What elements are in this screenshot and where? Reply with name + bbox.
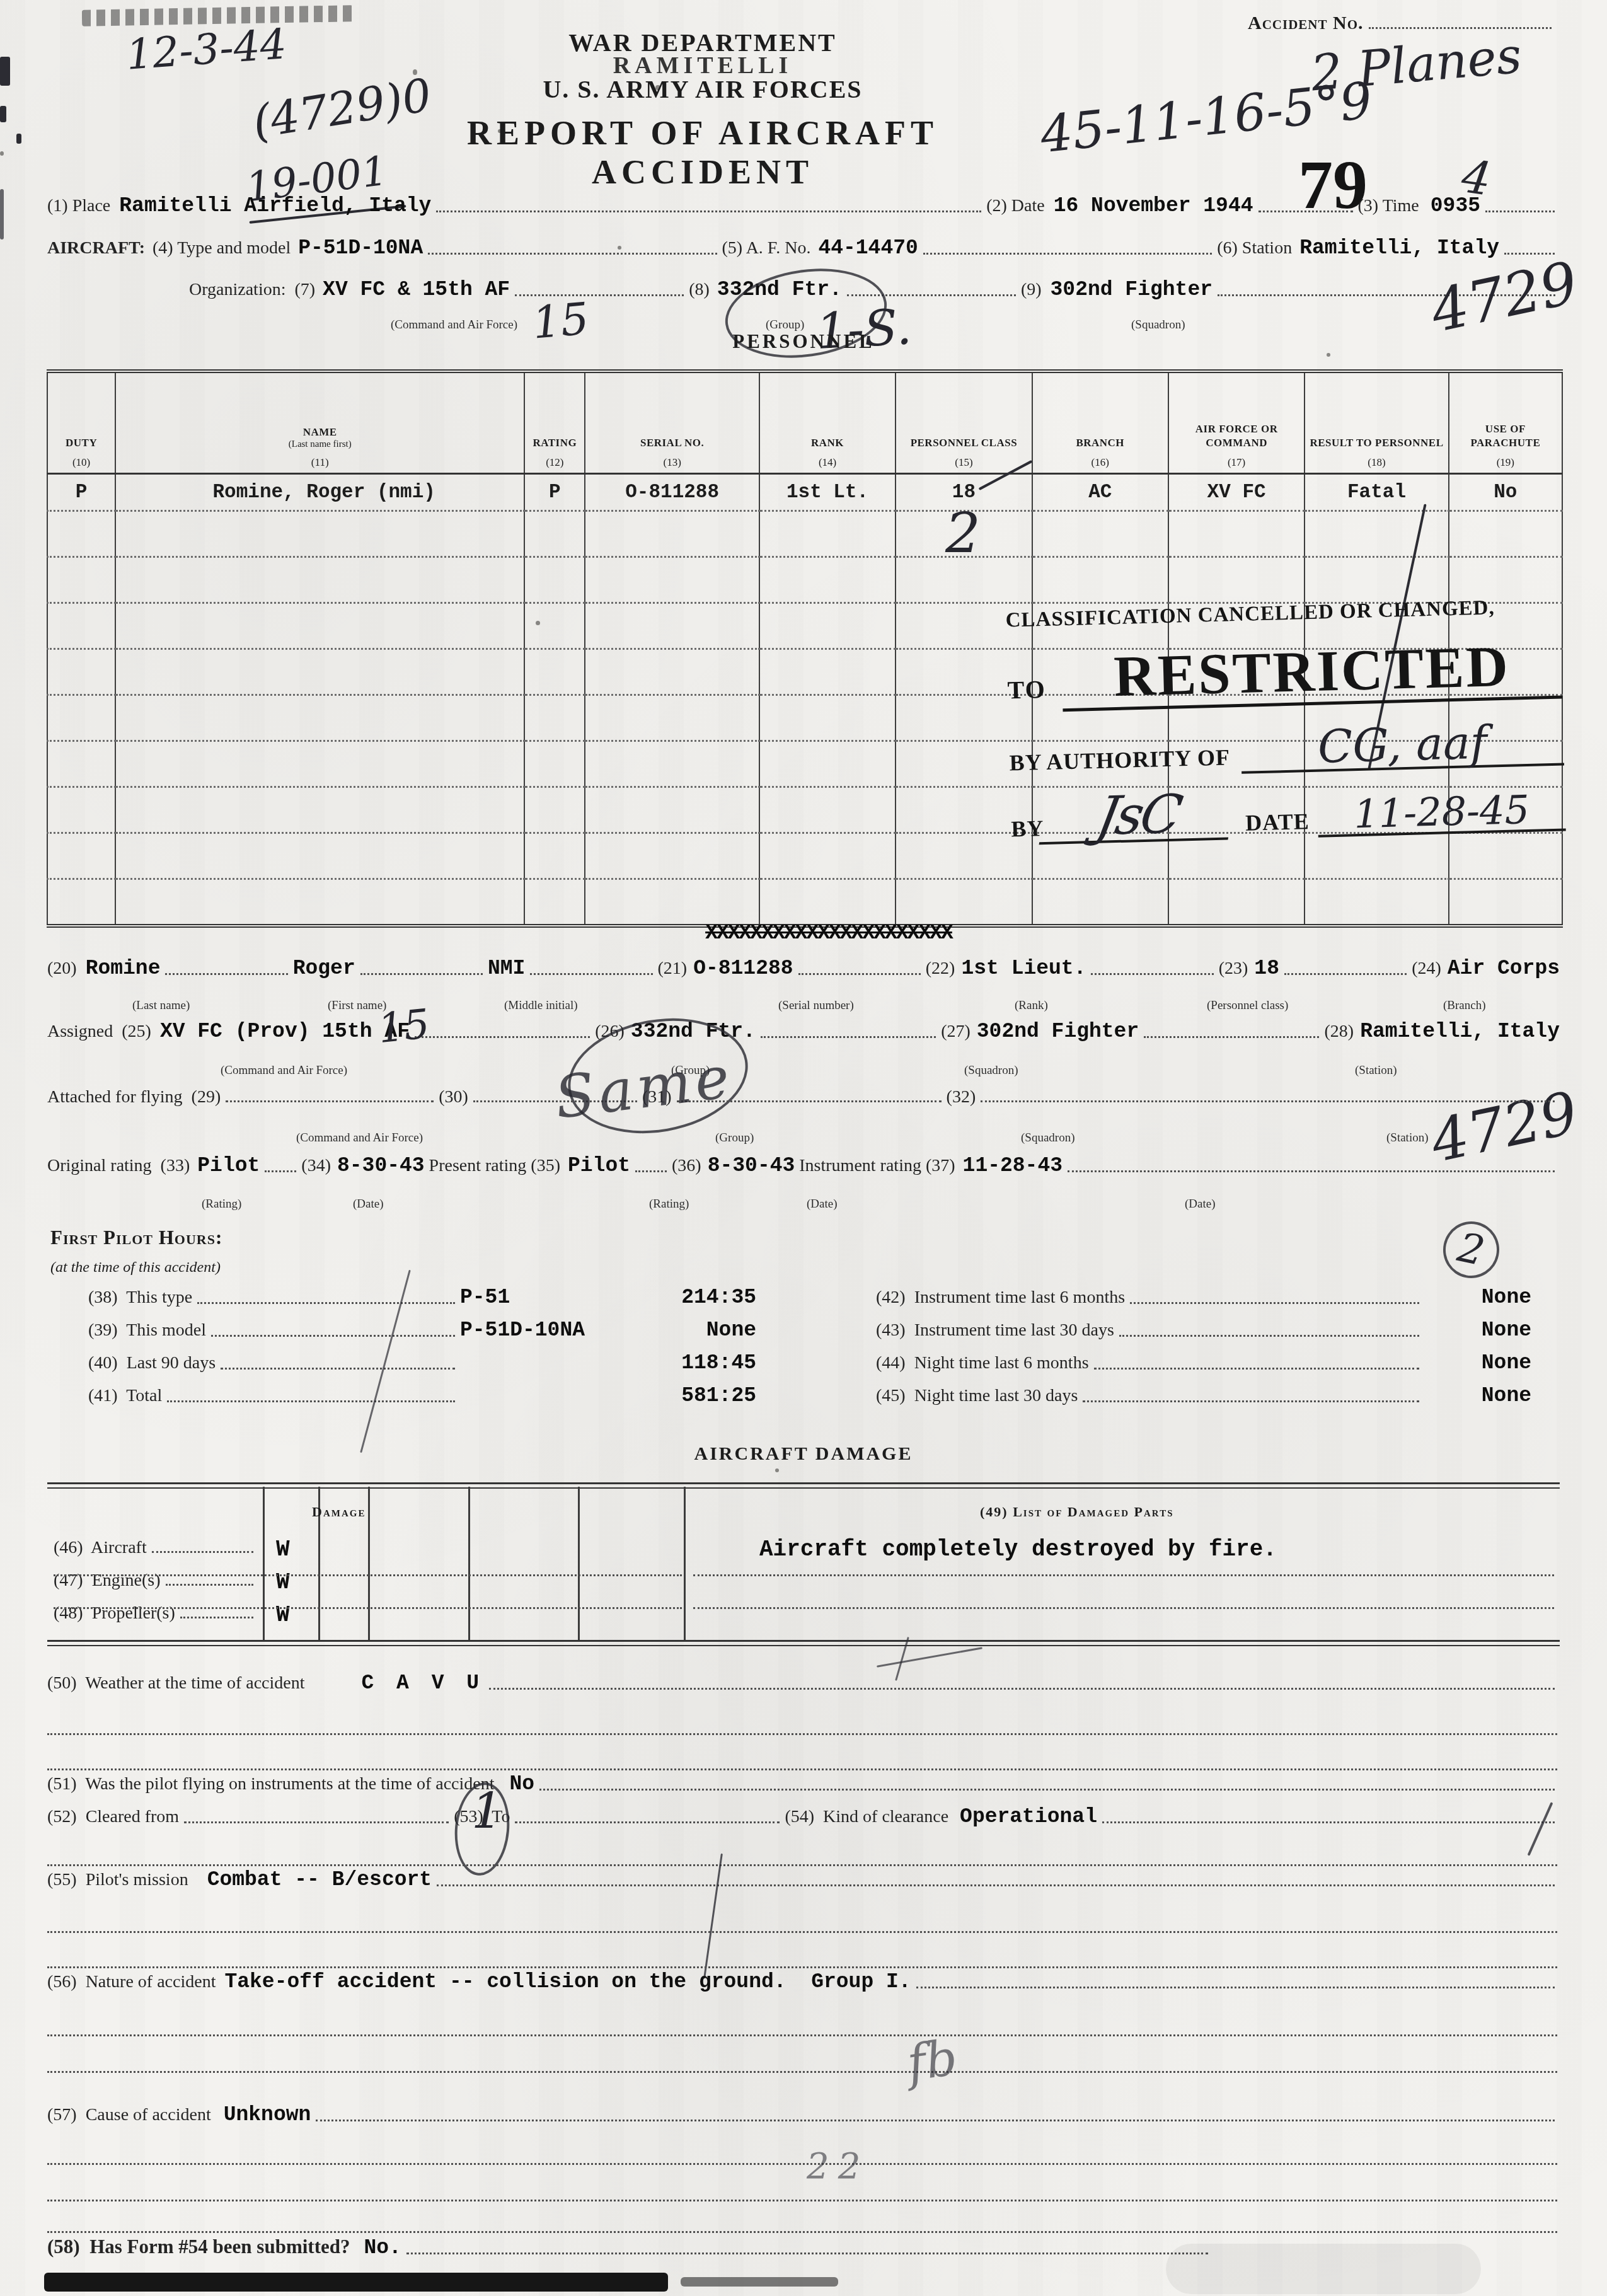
branch-value: Air Corps [1448,957,1560,980]
instrument-date-sublabel: (Date) [1185,1197,1216,1211]
blank-line [1369,26,1552,29]
middle-initial-sublabel: (Middle initial) [504,999,578,1013]
clearance-kind-label: (54) Kind of clearance [785,1807,948,1827]
row-rule [693,1607,1554,1609]
blank-line [265,1169,296,1172]
hours-row: (45) Night time last 30 days None [876,1384,1531,1407]
scan-edge-bar [681,2277,838,2287]
scan-smear [1166,2244,1481,2294]
hours-value: 118:45 [649,1351,756,1375]
blank-line [1259,209,1353,212]
clearance-line: (52) Cleared from (53) To (54) Kind of c… [47,1805,1560,1828]
blank-line [167,1399,455,1402]
hours-section-subtitle: (at the time of this accident) [50,1259,221,1276]
blank-rule [47,2231,1557,2233]
blank-line [1083,1399,1419,1402]
date-label: (2) Date [986,196,1045,216]
scan-edge-mark [0,106,6,122]
classification-stamp: CLASSIFICATION CANCELLED OR CHANGED, TO … [1005,595,1566,846]
blank-line [916,1985,1555,1988]
original-rating-value: Pilot [197,1154,260,1177]
scan-edge-bar [44,2273,668,2292]
damage-row-aircraft: (46) Aircraft [54,1538,258,1558]
time-label: (3) Time [1358,196,1419,216]
instrument-rating-date: 11-28-43 [963,1154,1063,1177]
nature-line: (56) Nature of accident Take-off acciden… [47,1970,1560,1993]
damage-row-propellers: (48) Propeller(s) [54,1603,258,1624]
handwriting-scribble: fb [904,2029,961,2092]
weather-value: C A V U [362,1671,485,1695]
hours-row: (41) Total 581:25 [88,1384,756,1407]
place-value: Ramitelli Airfield, Italy [119,194,431,217]
blank-line [152,1550,253,1553]
blank-line [428,251,717,255]
personnel-empty-row [47,879,1562,926]
damaged-parts-col-header: (49) List of Damaged Parts [980,1504,1173,1520]
blank-line [1091,972,1213,975]
personnel-col-header: Personnel Class(15) [896,371,1032,474]
assigned-station-sublabel: (Station) [1355,1064,1397,1078]
hours-value: 214:35 [649,1286,756,1309]
hours-type: P-51 [460,1286,649,1309]
blank-line [221,1366,455,1370]
present-date-sublabel: (Date) [807,1197,838,1211]
ink-stroke [877,1647,982,1667]
blank-line [539,1787,1555,1791]
row-rule [693,1574,1554,1576]
table-border [263,1487,265,1640]
blank-rule [47,2163,1557,2165]
blank-line [436,209,981,212]
damage-mark: W [276,1569,290,1595]
blank-line [226,1099,434,1102]
hours-row: (40) Last 90 days 118:45 [88,1351,756,1375]
form-header: WAR DEPARTMENT RAMITELLI U. S. ARMY AIR … [419,0,986,164]
original-date-sublabel: (Date) [353,1197,384,1211]
handwriting-22: 22 [807,2146,869,2187]
personnel-col-header: Air Force or Command(17) [1168,371,1305,474]
serial-value: O-811288 [693,957,793,980]
table-border [578,1487,580,1640]
type-label: (4) Type and model [153,238,291,258]
first-name-value: Roger [293,957,355,980]
cleared-from-label: (52) Cleared from [47,1807,179,1827]
personnel-col-header: Use of Parachute(19) [1449,371,1562,474]
mission-value: Combat -- B/escort [207,1868,432,1891]
nature-label: (56) Nature of accident [47,1972,216,1992]
blank-line [1102,1820,1555,1823]
blank-line [184,1820,449,1823]
blank-rule [47,2034,1557,2036]
place-label: (1) Place [47,196,110,216]
personnel-cell: O-811288 [585,474,759,511]
aircraft-line: AIRCRAFT: (4) Type and model P-51D-10NA … [47,236,1560,260]
scan-edge-mark [0,189,4,239]
blank-line [515,293,684,296]
handwriting-signature: JsC [1039,789,1238,845]
attached-line: Attached for flying (29) (30) (31) (32) [47,1087,1560,1107]
field-30-label: (30) [439,1087,468,1107]
scan-edge-mark [16,134,21,144]
blank-line [489,1687,1555,1690]
type-value: P-51D-10NA [298,236,423,260]
present-rating-value: Pilot [568,1154,630,1177]
mission-line: (55) Pilot's mission Combat -- B/escort [47,1868,1560,1891]
personnel-col-header: Rank(14) [759,371,896,474]
blank-line [1068,1169,1555,1172]
org-group-label: (8) [689,280,710,300]
hours-row: (38) This type P-51 214:35 [88,1286,756,1309]
usaaf-heading: U. S. ARMY AIR FORCES [419,74,986,104]
blank-line [406,2251,1208,2254]
personnel-section-title: PERSONNEL [0,330,1607,353]
attached-station-sublabel: (Station) [1386,1131,1429,1145]
blank-rule [47,2200,1557,2201]
afno-label: (5) A. F. No. [722,238,811,258]
personnel-col-header: Name(Last name first)(11) [115,371,524,474]
hours-value: 581:25 [649,1384,756,1407]
personnel-empty-row [47,511,1562,557]
hours-section-title: First Pilot Hours: [50,1226,222,1249]
assigned-command-value: XV FC (Prov) 15th AF [160,1020,410,1043]
hours-label: (41) Total [88,1386,162,1406]
blank-line [798,972,921,975]
stamp-by-label: BY [1011,815,1044,842]
hours-row: (39) This model P-51D-10NA None [88,1318,756,1342]
assigned-line: Assigned (25) XV FC (Prov) 15th AF (26) … [47,1020,1560,1043]
scan-speckle [0,151,4,156]
personnel-header-row: Duty(10) Name(Last name first)(11) Ratin… [47,371,1562,474]
hours-label: (44) Night time last 6 months [876,1353,1089,1373]
damage-row-label: (48) Propeller(s) [54,1603,175,1624]
personnel-col-header: Rating(12) [524,371,585,474]
hours-row: (44) Night time last 6 months None [876,1351,1531,1375]
personnel-data-row: P Romine, Roger (nmi) P O-811288 1st Lt.… [47,474,1562,511]
original-rating-sublabel: (Rating) [202,1197,241,1211]
blank-rule [47,1733,1557,1735]
serial-sublabel: (Serial number) [778,999,854,1013]
attached-squadron-sublabel: (Squadron) [1021,1131,1074,1145]
damage-mark: W [276,1602,290,1628]
blank-line [1144,1035,1319,1038]
blank-line [635,1169,667,1172]
table-border [368,1487,370,1640]
damage-row-label: (47) Engine(s) [54,1571,161,1591]
blank-line [316,2118,1555,2121]
blank-rule [47,1931,1557,1933]
blank-line [1485,209,1555,212]
rank-value: 1st Lieut. [961,957,1086,980]
personnel-cell: XV FC [1168,474,1305,511]
damaged-parts-value: Aircraft completely destroyed by fire. [759,1537,1277,1562]
stamp-to-label: TO [1007,674,1046,705]
personnel-col-header: Branch(16) [1032,371,1168,474]
personnel-cell: P [47,474,115,511]
blank-rule [47,1864,1557,1866]
date-value: 16 November 1944 [1054,194,1253,217]
ratings-line: Original rating (33) Pilot (34) 8-30-43 … [47,1154,1560,1177]
field-24-label: (24) [1412,959,1441,979]
damage-row-engines: (47) Engine(s) [54,1571,258,1591]
hours-value: None [1424,1351,1531,1375]
blank-line [923,251,1212,255]
field-36-label: (36) [672,1156,701,1176]
hours-value: None [1424,1286,1531,1309]
blank-line [197,1301,455,1304]
mission-label: (55) Pilot's mission [47,1870,188,1890]
personnel-col-header: Serial No.(13) [585,371,759,474]
blank-line [360,972,483,975]
cause-value: Unknown [224,2103,311,2126]
personnel-cell: No [1449,474,1562,511]
table-border [468,1487,470,1640]
middle-initial-value: NMI [488,957,525,980]
hours-label: (42) Instrument time last 6 months [876,1288,1125,1308]
instruments-question-value: No [510,1772,535,1796]
personnel-col-header: Result to Personnel(18) [1305,371,1448,474]
hours-type: P-51D-10NA [460,1318,649,1342]
instruments-question-label: (51) Was the pilot flying on instruments… [47,1774,495,1794]
org-squadron-label: (9) [1021,280,1042,300]
original-rating-date: 8-30-43 [337,1154,425,1177]
present-rating-label: Present rating (35) [425,1156,560,1176]
blank-line [1130,1301,1419,1304]
hours-value: None [649,1318,756,1342]
last-name-value: Romine [86,957,161,980]
blank-line [180,1615,253,1618]
stamp-restricted: RESTRICTED [1061,635,1562,712]
time-value: 0935 [1431,194,1480,217]
personnel-cell: 1st Lt. [759,474,896,511]
handwriting-ref1: (4729)0 [249,68,435,149]
assigned-label: Assigned (25) [47,1022,151,1042]
field-23-label: (23) [1219,959,1248,979]
handwriting-stamp-date: 11-28-45 [1318,789,1566,837]
redacted-heading: XXXXXXXXXXXXXXXXXXXXXX [621,921,1037,945]
accident-no-label: Accident No. [1248,13,1364,34]
hours-label: (38) This type [88,1288,192,1308]
field-34-label: (34) [301,1156,331,1176]
blank-line [1284,972,1407,975]
field-21-label: (21) [658,959,688,979]
blank-line [761,1035,936,1038]
assigned-squadron-value: 302nd Fighter [977,1020,1139,1043]
field-22-label: (22) [926,959,955,979]
stamp-date-label: DATE [1245,808,1310,836]
org-squadron-value: 302nd Fighter [1051,278,1212,301]
personnel-cell: P [524,474,585,511]
personnel-cell: Romine, Roger (nmi) [115,474,524,511]
handwriting-received-date: 12-3-44 [125,20,288,79]
place-date-time-line: (1) Place Ramitelli Airfield, Italy (2) … [47,194,1560,217]
table-border [684,1487,686,1640]
damage-mark: W [276,1537,290,1562]
field-20-label: (20) [47,959,77,979]
personnel-empty-row [47,557,1562,603]
form54-line: (58) Has Form #54 been submitted? No. [47,2235,1213,2259]
nature-value: Take-off accident -- collision on the gr… [224,1970,911,1993]
pilot-name-line: (20) Romine Roger NMI (21) O-811288 (22)… [47,957,1560,980]
blank-rule [47,1966,1557,1968]
blank-line [415,1035,590,1038]
hours-label: (45) Night time last 30 days [876,1386,1078,1406]
blank-line [1119,1334,1419,1337]
assigned-station-value: Ramitelli, Italy [1360,1020,1560,1043]
field-32-label: (32) [947,1087,976,1107]
handwriting-authority: CG, aaf [1241,717,1564,773]
handwriting-class-2: 2 [945,501,981,566]
original-rating-label: Original rating (33) [47,1156,190,1176]
afno-value: 44-14470 [818,236,918,260]
blank-rule [47,2071,1557,2073]
attached-group-sublabel: (Group) [715,1131,754,1145]
scanned-accident-report-page: 12-3-44 (4729)0 19-001 WAR DEPARTMENT RA… [0,0,1607,2296]
hours-label: (43) Instrument time last 30 days [876,1320,1114,1341]
blank-rule [47,1768,1557,1770]
table-border [47,1482,1560,1489]
attached-label: Attached for flying (29) [47,1087,221,1107]
damage-row-label: (46) Aircraft [54,1538,147,1558]
scan-smudge-text [82,5,353,26]
hours-label: (39) This model [88,1320,206,1341]
station-value: Ramitelli, Italy [1299,236,1499,260]
scan-speckle [775,1468,779,1472]
stamp-authority-label: BY AUTHORITY OF [1009,744,1230,776]
hours-value: None [1424,1318,1531,1342]
hours-row: (42) Instrument time last 6 months None [876,1286,1531,1309]
scan-edge-mark [0,57,10,86]
personnel-empty-row [47,833,1562,879]
organization-label: Organization: (7) [189,280,315,300]
form54-label: (58) Has Form #54 been submitted? [47,2235,350,2258]
blank-line [515,1820,780,1823]
cause-label: (57) Cause of accident [47,2105,211,2125]
form-title: REPORT OF AIRCRAFT ACCIDENT [419,113,986,192]
class-sublabel: (Personnel class) [1207,999,1288,1013]
clearance-kind-value: Operational [960,1805,1097,1828]
table-border [47,1640,1560,1646]
attached-command-sublabel: (Command and Air Force) [296,1131,423,1145]
assigned-squadron-sublabel: (Squadron) [964,1064,1018,1078]
rank-sublabel: (Rank) [1015,999,1048,1013]
blank-line [1094,1366,1419,1370]
scan-speckle [1327,353,1330,357]
hours-label: (40) Last 90 days [88,1353,216,1373]
blank-line [211,1334,455,1337]
field-27-label: (27) [941,1022,971,1042]
instrument-rating-label: Instrument rating (37) [795,1156,955,1176]
hours-value: None [1424,1384,1531,1407]
last-name-sublabel: (Last name) [132,999,190,1013]
org-command-value: XV FC & 15th AF [323,278,510,301]
instruments-question-line: (51) Was the pilot flying on instruments… [47,1772,1560,1796]
handwriting-assigned-15: 15 [376,1001,432,1053]
weather-line: (50) Weather at the time of accident C A… [47,1671,1560,1695]
station-label: (6) Station [1217,238,1292,258]
cause-line: (57) Cause of accident Unknown [47,2103,1560,2126]
blank-line [530,972,652,975]
row-rule [54,1607,682,1609]
damage-col-header: Damage [312,1504,366,1520]
assigned-command-sublabel: (Command and Air Force) [221,1064,347,1078]
damage-section-title: AIRCRAFT DAMAGE [0,1443,1607,1465]
form54-value: No. [364,2236,401,2259]
row-rule [54,1574,682,1576]
class-value: 18 [1254,957,1279,980]
personnel-cell: AC [1032,474,1168,511]
present-rating-date: 8-30-43 [708,1154,795,1177]
personnel-col-header: Duty(10) [47,371,115,474]
handwriting-circled-2: 2 [1438,1216,1504,1283]
hours-row: (43) Instrument time last 30 days None [876,1318,1531,1342]
blank-line [166,1583,253,1586]
present-rating-sublabel: (Rating) [649,1197,689,1211]
personnel-cell: Fatal [1305,474,1448,511]
weather-label: (50) Weather at the time of accident [47,1673,305,1693]
field-28-label: (28) [1324,1022,1354,1042]
blank-line [437,1883,1555,1886]
aircraft-label: AIRCRAFT: [47,238,145,258]
blank-line [981,1099,1555,1102]
blank-line [165,972,287,975]
branch-sublabel: (Branch) [1443,999,1486,1013]
